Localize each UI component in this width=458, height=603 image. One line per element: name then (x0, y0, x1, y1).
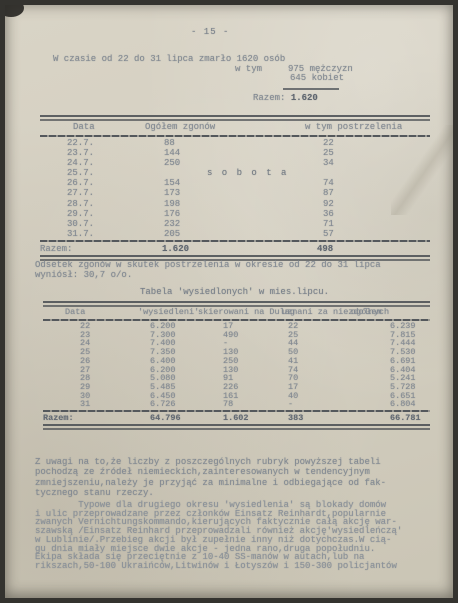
table-rule (40, 135, 430, 137)
table-cell: 31.7. (40, 229, 162, 239)
deaths-table-header: Data Ogółem zgonów w tym postrzelenia (40, 121, 430, 134)
text-line: tycznego stanu rzeczy. (35, 488, 386, 498)
table-cell: 23 (43, 331, 113, 340)
table-cell: 70 (251, 374, 351, 383)
intro-total-value: 1.620 (291, 93, 318, 103)
table-cell: 205 (162, 229, 317, 239)
table-cell: 22 (251, 322, 351, 331)
table-cell: 74 (251, 366, 351, 375)
table-cell: 232 (162, 219, 317, 229)
paragraph-blockades: Typowe dla drugiego okresu 'wysiedlenia'… (35, 501, 402, 571)
table-row: 306.450161406.651 (43, 392, 430, 401)
text-line: Z uwagi na to,że liczby z poszczególnych… (35, 457, 386, 467)
table-cell: 91 (186, 374, 251, 383)
intro-row-in-that: w tym 975 mężczyzn (53, 65, 413, 75)
table-cell: 26 (43, 357, 113, 366)
table-cell: 30 (43, 392, 113, 401)
table-cell: 29 (43, 383, 113, 392)
table-cell: 71 (317, 219, 430, 229)
table-row: 31.7.20557 (40, 229, 430, 239)
intro-in-that-label: w tym (235, 65, 262, 75)
intro-block: W czasie od 22 do 31 lipca zmarło 1620 o… (53, 55, 413, 103)
table-cell: 22 (43, 322, 113, 331)
table-cell: 198 (162, 199, 317, 209)
scan-corner-artifact (5, 5, 24, 17)
table-cell: 6.726 (113, 400, 186, 409)
table-cell: - (251, 400, 351, 409)
table-cell: 78 (186, 400, 251, 409)
table-cell: - (186, 339, 251, 348)
table-rule (43, 424, 430, 430)
table-cell: 22 (317, 138, 430, 148)
table-row: 29.7.17636 (40, 209, 430, 219)
table-cell: 144 (162, 148, 317, 158)
table-cell: 130 (186, 348, 251, 357)
paper: - 15 - W czasie od 22 do 31 lipca zmarło… (5, 5, 453, 598)
table-cell: 41 (251, 357, 351, 366)
table-cell: 57 (317, 229, 430, 239)
table-cell: 29.7. (40, 209, 162, 219)
total-label: Razem: (43, 413, 113, 424)
table-cell: 22.7. (40, 138, 162, 148)
total-unfit-value: 383 (251, 413, 351, 424)
table-row: 27.7.17387 (40, 188, 430, 198)
resettlement-table-total-row: Razem: 64.796 1.602 383 66.781 (43, 413, 430, 424)
table-row: 276.200130746.404 (43, 366, 430, 375)
table-cell: 92 (317, 199, 430, 209)
table-cell: 44 (251, 339, 351, 348)
table-cell: 24.7. (40, 158, 162, 168)
deaths-table-total-row: Razem: 1.620 498 (40, 243, 430, 255)
column-header-shot: w tym postrzelenia (305, 121, 430, 134)
table-cell: 25 (251, 331, 351, 340)
total-resettled-value: 64.796 (113, 413, 186, 424)
table-cell: 250 (162, 158, 317, 168)
table-cell: 130 (186, 366, 251, 375)
deaths-table-body: 22.7.882223.7.1442524.7.2503425.7.s o b … (40, 138, 430, 239)
table-cell: 24 (43, 339, 113, 348)
sum-underline (283, 88, 339, 90)
text-line: pochodzą ze źródeł niemieckich,zainteres… (35, 467, 386, 477)
table-cell: 490 (186, 331, 251, 340)
table-row: 28.7.19892 (40, 199, 430, 209)
table-cell: 250 (186, 357, 251, 366)
table-cell: 27 (43, 366, 113, 375)
resettlement-table-title: Tabela 'wysiedlonych' w mies.lipcu. (140, 287, 329, 297)
table-cell (317, 168, 430, 178)
table-cell: 25 (43, 348, 113, 357)
table-row: 316.72678-6.804 (43, 400, 430, 409)
deaths-table: Data Ogółem zgonów w tym postrzelenia 22… (40, 115, 430, 261)
text-line: wyniósł: 30,7 o/o. (35, 270, 381, 280)
resettlement-table: Data 'wysiedleni' skierowani na Dulag uz… (43, 301, 430, 430)
table-row: 24.7.25034 (40, 158, 430, 168)
total-shot-value: 498 (317, 243, 430, 255)
table-cell: 50 (251, 348, 351, 357)
intro-men-count: 975 mężczyzn (288, 65, 353, 75)
resettlement-table-header: Data 'wysiedleni' skierowani na Dulag uz… (43, 307, 430, 318)
table-cell: s o b o t a (162, 168, 317, 178)
total-deaths-value: 1.620 (162, 243, 317, 255)
paragraph-sources-caveat: Z uwagi na to,że liczby z poszczególnych… (35, 457, 386, 499)
table-cell: 176 (162, 209, 317, 219)
table-row: 22.7.8822 (40, 138, 430, 148)
table-row: 23.7.14425 (40, 148, 430, 158)
table-cell: 88 (162, 138, 317, 148)
table-cell: 226 (186, 383, 251, 392)
intro-total-label: Razem: (253, 93, 285, 103)
table-cell: 17 (186, 322, 251, 331)
table-rule (43, 319, 430, 321)
table-rule (43, 410, 430, 412)
table-cell: 34 (317, 158, 430, 168)
text-line: rikszach,50-100 Ukraińców,Litwinów i Łot… (35, 562, 402, 571)
column-header-dulag: skierowani na Dulag (186, 308, 251, 317)
table-cell: 40 (251, 392, 351, 401)
total-overall-value: 66.781 (351, 413, 430, 424)
table-cell: 25 (317, 148, 430, 158)
table-cell: 27.7. (40, 188, 162, 198)
table-row: 25.7.s o b o t a (40, 168, 430, 178)
text-line: Odsetek zgonów w skutek postrzelenia w o… (35, 260, 381, 270)
table-cell: 25.7. (40, 168, 162, 178)
table-cell: 74 (317, 178, 430, 188)
table-cell: 30.7. (40, 219, 162, 229)
table-cell: 87 (317, 188, 430, 198)
column-header-date: Data (43, 308, 113, 317)
table-cell: 6.804 (351, 400, 430, 409)
table-cell: 31 (43, 400, 113, 409)
total-dulag-value: 1.602 (186, 413, 251, 424)
table-row: 30.7.23271 (40, 219, 430, 229)
scanned-page: - 15 - W czasie od 22 do 31 lipca zmarło… (0, 0, 458, 603)
column-header-unfit: uznani za niezdolnych (251, 308, 351, 317)
column-header-overall: ogółem (351, 308, 430, 317)
intro-total: Razem: 1.620 (253, 94, 413, 104)
percentage-note: Odsetek zgonów w skutek postrzelenia w o… (35, 260, 381, 281)
table-cell: 161 (186, 392, 251, 401)
page-number: - 15 - (191, 27, 229, 37)
text-line: zmniejszeniu,należy je przyjąć za minima… (35, 478, 386, 488)
table-cell: 28 (43, 374, 113, 383)
table-cell: 23.7. (40, 148, 162, 158)
intro-women-count: 645 kobiet (290, 74, 413, 84)
total-label: Razem: (40, 243, 162, 255)
table-cell: 173 (162, 188, 317, 198)
table-cell: 154 (162, 178, 317, 188)
table-cell: 36 (317, 209, 430, 219)
column-header-date: Data (40, 121, 145, 134)
column-header-total-deaths: Ogółem zgonów (145, 121, 305, 134)
table-cell: 17 (251, 383, 351, 392)
intro-line-deaths: W czasie od 22 do 31 lipca zmarło 1620 o… (53, 55, 413, 65)
table-cell: 26.7. (40, 178, 162, 188)
column-header-resettled: 'wysiedleni' (113, 308, 186, 317)
table-cell: 28.7. (40, 199, 162, 209)
resettlement-table-body: 226.20017226.239237.300490257.815247.400… (43, 322, 430, 409)
table-rule (40, 240, 430, 242)
table-row: 26.7.15474 (40, 178, 430, 188)
table-row: 237.300490257.815 (43, 331, 430, 340)
